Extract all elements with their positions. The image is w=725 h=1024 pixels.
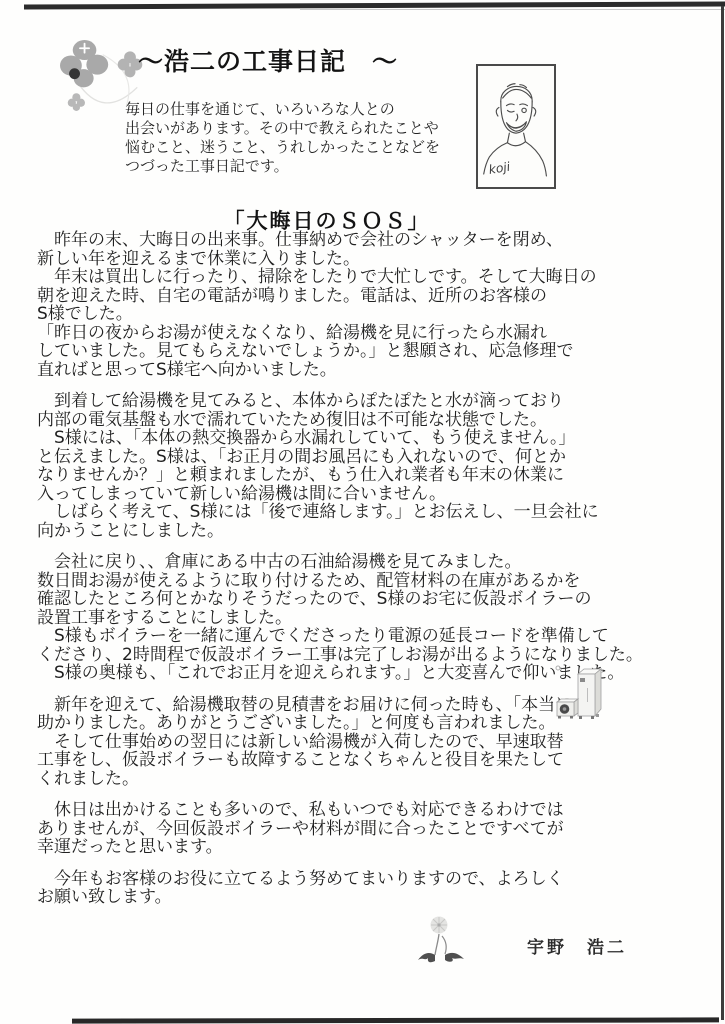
paragraph-6: 今年もお客様のお役に立てるよう努めてまいりますので、よろしく お願い致します。 bbox=[37, 870, 677, 907]
scan-edge-right bbox=[721, 6, 724, 1020]
paragraph-2: 到着して給湯機を見てみると、本体からぽたぽたと水が滴っており 内部の電気基盤も水… bbox=[37, 392, 677, 540]
article-body: 昨年の末、大晦日の出来事。仕事納めで会社のシャッターを閉め、 新しい年を迎えるま… bbox=[37, 231, 677, 920]
scanned-newsletter-page: ～浩二の工事日記 ～ bbox=[0, 0, 725, 1024]
scan-edge-top-shadow bbox=[300, 9, 725, 10]
intro-text: 毎日の仕事を通じて、いろいろな人との 出会いがあります。その中で教えられたことや… bbox=[125, 100, 440, 176]
paragraph-1: 昨年の末、大晦日の出来事。仕事納めで会社のシャッターを閉め、 新しい年を迎えるま… bbox=[37, 231, 677, 379]
dandelion-icon bbox=[416, 914, 468, 968]
signature: 宇野 浩二 bbox=[527, 933, 627, 958]
portrait-frame: koji bbox=[476, 64, 556, 189]
water-heater-icon bbox=[554, 664, 616, 724]
hand-drawn-face-icon: koji bbox=[478, 66, 554, 187]
page-title: ～浩二の工事日記 ～ bbox=[138, 42, 398, 78]
portrait-caption: koji bbox=[488, 160, 512, 177]
paragraph-5: 休日は出かけることも多いので、私もいつでも対応できるわけでは ありませんが、今回… bbox=[37, 801, 677, 857]
scan-edge-bottom bbox=[72, 1017, 719, 1023]
